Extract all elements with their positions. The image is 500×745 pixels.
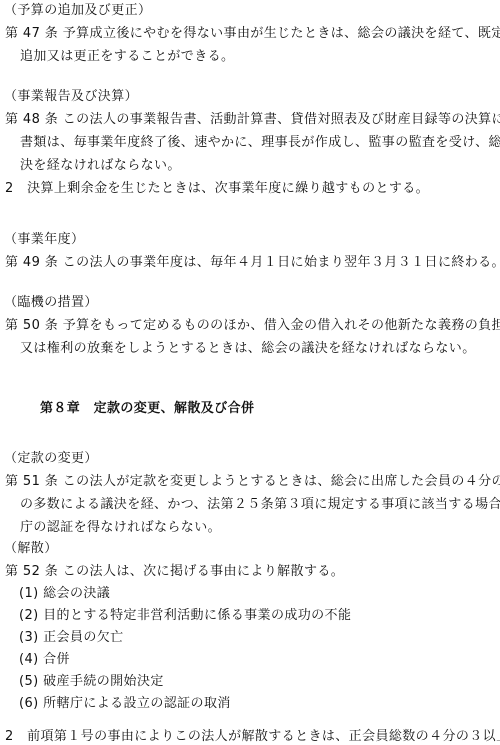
article-48-line-1: 第 48 条 この法人の事業報告書、活動計算書、貸借対照表及び財産目録等の決算に… [5, 112, 500, 128]
section-heading-dissolution: （解散） [4, 541, 58, 557]
list-item: (5) 破産手続の開始決定 [19, 674, 164, 690]
article-51-line-1: 第 51 条 この法人が定款を変更しようとするときは、総会に出席した会員の４分の… [5, 474, 500, 490]
chapter-8-title: 第８章 定款の変更、解散及び合併 [40, 401, 254, 417]
section-heading-fiscal-year: （事業年度） [4, 232, 84, 248]
article-50-line-1: 第 50 条 予算をもって定めるもののほか、借入金の借入れその他新たな義務の負担… [5, 318, 500, 334]
section-heading-budget-amendment: （予算の追加及び更正） [4, 3, 151, 19]
article-48-line-2: 書類は、毎事業年度終了後、速やかに、理事長が作成し、監事の監査を受け、総会の議 [20, 135, 500, 151]
article-48-paragraph-2: 2 決算上剰余金を生じたときは、次事業年度に繰り越すものとする。 [5, 181, 429, 197]
article-51-line-3: 庁の認証を得なければならない。 [20, 520, 221, 536]
list-item: (2) 目的とする特定非営利活動に係る事業の成功の不能 [19, 608, 351, 624]
section-heading-emergency-measures: （臨機の措置） [4, 295, 98, 311]
article-51-line-2: の多数による議決を経、かつ、法第２５条第３項に規定する事項に該当する場合は所轄 [20, 497, 500, 513]
article-52-line-1: 第 52 条 この法人は、次に掲げる事由により解散する。 [5, 564, 344, 580]
section-heading-articles-amendment: （定款の変更） [4, 451, 98, 467]
section-heading-business-report: （事業報告及び決算） [4, 89, 138, 105]
list-item: (1) 総会の決議 [19, 586, 110, 602]
article-47-line-1: 第 47 条 予算成立後にやむを得ない事由が生じたときは、総会の議決を経て、既定… [5, 26, 500, 42]
article-47-line-2: 追加又は更正をすることができる。 [20, 49, 234, 65]
list-item: (3) 正会員の欠亡 [19, 630, 124, 646]
article-48-line-3: 決を経なければならない。 [20, 158, 181, 174]
article-50-line-2: 又は権利の放棄をしようとするときは、総会の議決を経なければならない。 [20, 341, 476, 357]
list-item: (4) 合併 [19, 652, 70, 668]
article-52-paragraph-2: 2 前項第１号の事由によりこの法人が解散するときは、正会員総数の４分の３以上の承 [5, 729, 500, 745]
list-item: (6) 所轄庁による設立の認証の取消 [19, 696, 231, 712]
article-49-line-1: 第 49 条 この法人の事業年度は、毎年４月１日に始まり翌年３月３１日に終わる。 [5, 255, 500, 271]
